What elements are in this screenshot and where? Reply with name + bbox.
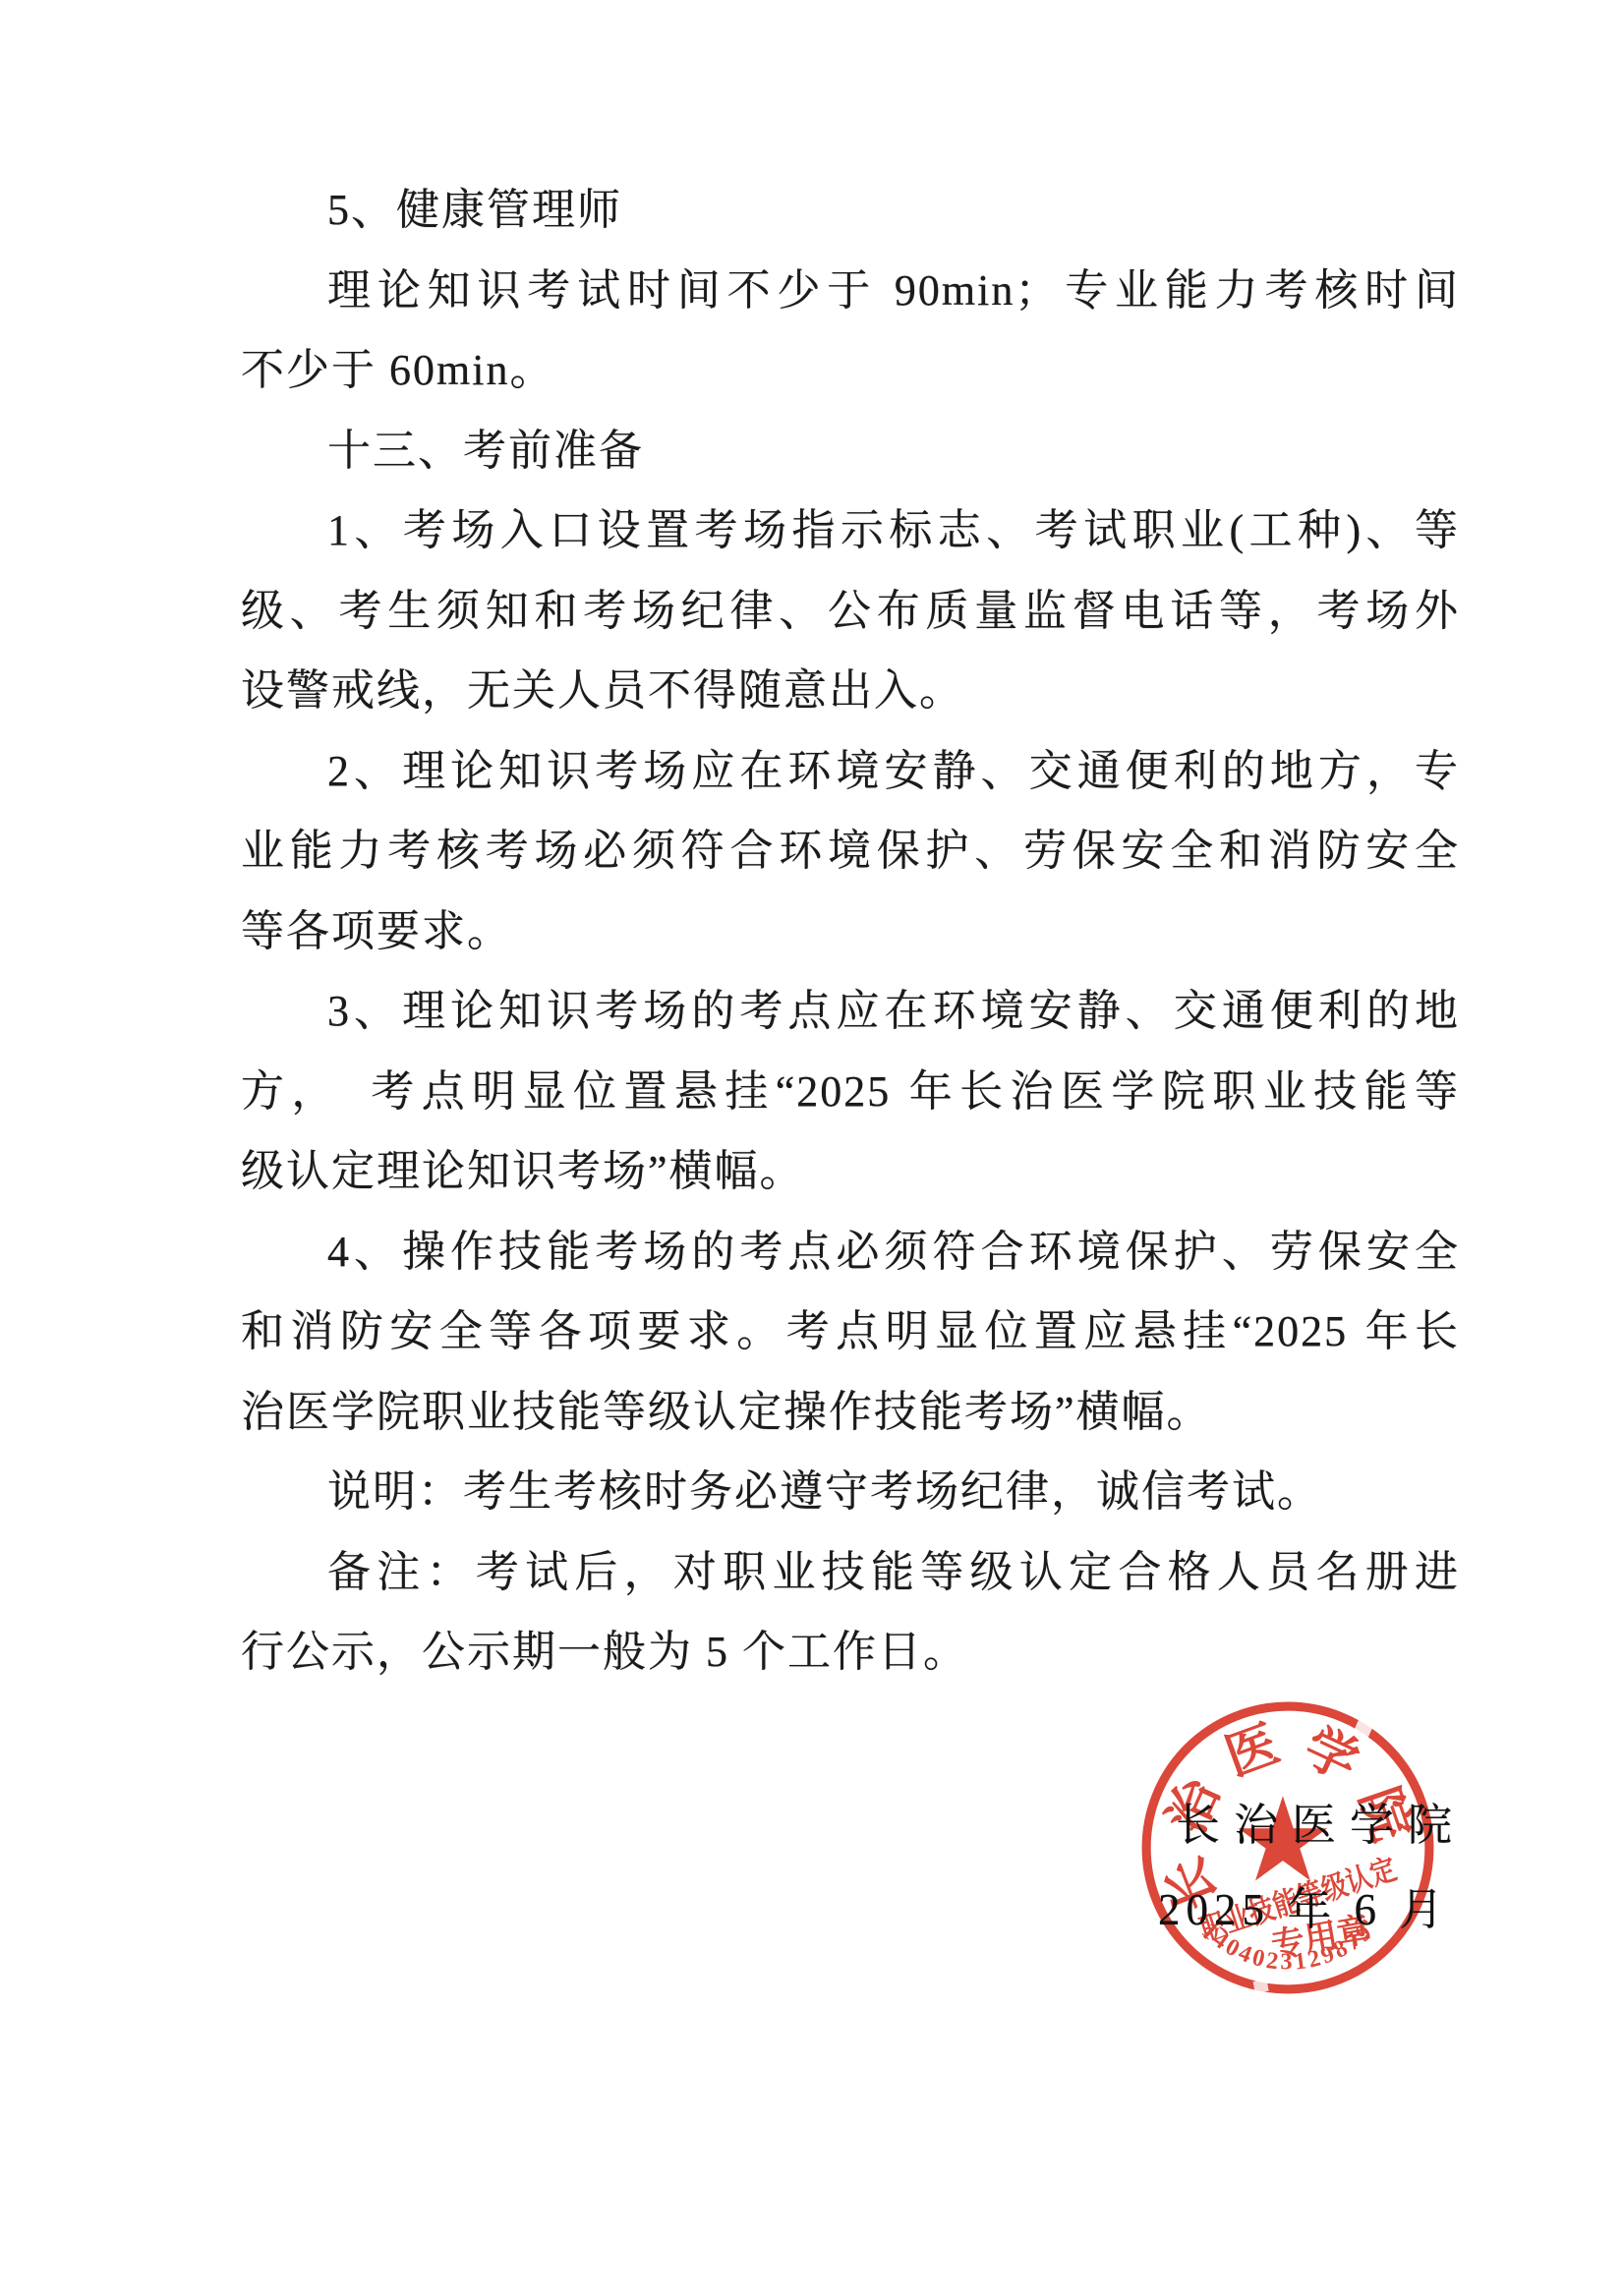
document-body: 5、健康管理师 理论知识考试时间不少于 90min；专业能力考核时间 不少于 6… <box>0 0 1624 1693</box>
signature-org: 长治医学院 <box>1176 1789 1466 1853</box>
text-line: 4、操作技能考场的考点必须符合环境保护、劳保安全 <box>241 1212 1460 1292</box>
text-line: 级、考生须知和考场纪律、公布质量监督电话等，考场外 <box>241 571 1460 652</box>
text-line: 1、考场入口设置考场指示标志、考试职业(工种)、等 <box>241 490 1460 571</box>
text-line: 备注：考试后，对职业技能等级认定合格人员名册进 <box>241 1532 1460 1613</box>
text-line: 不少于 60min。 <box>241 330 1460 411</box>
text-line: 等各项要求。 <box>241 891 1460 972</box>
text-line: 2、理论知识考场应在环境安静、交通便利的地方，专 <box>241 731 1460 812</box>
seal-ring-char: 医 <box>1218 1716 1286 1788</box>
text-line: 3、理论知识考场的考点应在环境安静、交通便利的地 <box>241 971 1460 1052</box>
text-line: 5、健康管理师 <box>241 170 1460 251</box>
text-line: 治医学院职业技能等级认定操作技能考场”横幅。 <box>241 1372 1460 1453</box>
text-line: 业能力考核考场必须符合环境保护、劳保安全和消防安全 <box>241 811 1460 891</box>
text-line: 方， 考点明显位置悬挂“2025 年长治医学院职业技能等 <box>241 1052 1460 1132</box>
section-heading: 十三、考前准备 <box>241 411 1460 491</box>
text-line: 和消防安全等各项要求。考点明显位置应悬挂“2025 年长 <box>241 1291 1460 1372</box>
document-page: 5、健康管理师 理论知识考试时间不少于 90min；专业能力考核时间 不少于 6… <box>0 0 1624 2296</box>
text-line: 级认定理论知识考场”横幅。 <box>241 1131 1460 1212</box>
text-line: 设警戒线，无关人员不得随意出入。 <box>241 651 1460 731</box>
text-line: 行公示，公示期一般为 5 个工作日。 <box>241 1612 1460 1693</box>
seal-wear-mark <box>1253 1980 1269 1993</box>
signature-date: 2025 年 6 月 <box>1158 1873 1449 1937</box>
text-line: 说明：考生考核时务必遵守考场纪律，诚信考试。 <box>241 1452 1460 1532</box>
text-line: 理论知识考试时间不少于 90min；专业能力考核时间 <box>241 251 1460 331</box>
